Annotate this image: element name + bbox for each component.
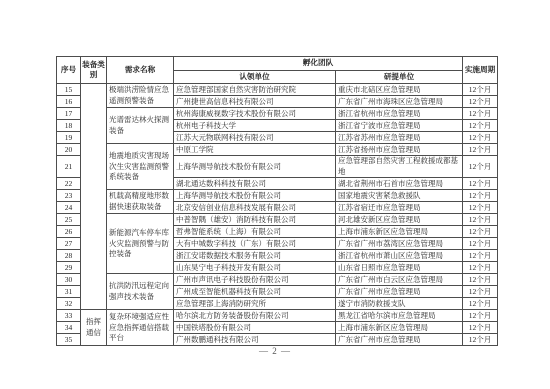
- period-cell: 12个月: [463, 132, 498, 144]
- header-category: 装备类别: [81, 57, 107, 84]
- period-cell: 12个月: [463, 96, 498, 108]
- research-unit-cell: 河北雄安新区应急管理局: [336, 214, 463, 226]
- header-demand-name: 需求名称: [107, 57, 174, 84]
- row-number: 23: [57, 190, 81, 202]
- table-row: 33指挥通信复杂环境强适应性应急指挥通信搭载平台哈尔滨北方防务装备股份有限公司黑…: [57, 310, 498, 322]
- research-unit-cell: 山东省日照市应急管理局: [336, 262, 463, 274]
- row-number: 35: [57, 334, 81, 346]
- demand-name-cell: 光谱雷达林火探测装备: [107, 108, 174, 144]
- research-unit-cell: 遂宁市消防救援支队: [336, 298, 463, 310]
- research-unit-cell: 江苏省扬州市应急管理局: [336, 144, 463, 156]
- claim-unit-cell: 广州捷世高信息科技有限公司: [174, 96, 336, 108]
- period-cell: 12个月: [463, 108, 498, 120]
- claim-unit-cell: 中普智隅（雄安）消防科技有限公司: [174, 214, 336, 226]
- header-incubation-team: 孵化团队: [174, 57, 463, 71]
- research-unit-cell: 应急管理部自然灾害工程救援成都基地: [336, 156, 463, 178]
- period-cell: 12个月: [463, 202, 498, 214]
- table-row: 20地震地质灾害现场次生灾害监测预警系统装备中原工学院江苏省扬州市应急管理局12…: [57, 144, 498, 156]
- research-unit-cell: 广东省广州市应急管理局: [336, 286, 463, 298]
- period-cell: 12个月: [463, 322, 498, 334]
- claim-unit-cell: 中国铁塔股份有限公司: [174, 322, 336, 334]
- demand-name-cell: 抗洪防汛远程定向强声技术装备: [107, 274, 174, 310]
- demand-name-cell: 复杂环境强适应性应急指挥通信搭载平台: [107, 310, 174, 346]
- research-unit-cell: 上海市浦东新区应急管理局: [336, 226, 463, 238]
- claim-unit-cell: 北京安信创业信息科技发展有限公司: [174, 202, 336, 214]
- claim-unit-cell: 哲弗智能系统（上海）有限公司: [174, 226, 336, 238]
- claim-unit-cell: 广州成至智能机器科技有限公司: [174, 286, 336, 298]
- period-cell: 12个月: [463, 262, 498, 274]
- period-cell: 12个月: [463, 334, 498, 346]
- research-unit-cell: 广东省广州市海珠区应急管理局: [336, 96, 463, 108]
- period-cell: 12个月: [463, 178, 498, 190]
- page-number: — 2 —: [0, 346, 550, 356]
- period-cell: 12个月: [463, 250, 498, 262]
- period-cell: 12个月: [463, 238, 498, 250]
- header-period: 实施周期: [463, 57, 498, 84]
- demand-name-cell: 机载高精度地形数据快速获取装备: [107, 190, 174, 214]
- claim-unit-cell: 中原工学院: [174, 144, 336, 156]
- period-cell: 12个月: [463, 274, 498, 286]
- research-unit-cell: 江苏省苏州市应急管理局: [336, 132, 463, 144]
- claim-unit-cell: 江苏大元物联网科技有限公司: [174, 132, 336, 144]
- research-unit-cell: 广东省广州市白云区应急管理局: [336, 274, 463, 286]
- table-row: 23机载高精度地形数据快速获取装备上海华测导航技术股份有限公司国家地震灾害紧急救…: [57, 190, 498, 202]
- claim-unit-cell: 广州数鹏通科技有限公司: [174, 334, 336, 346]
- row-number: 24: [57, 202, 81, 214]
- claim-unit-cell: 广州市声讯电子科技股份有限公司: [174, 274, 336, 286]
- claim-unit-cell: 湖北通达数科科技有限公司: [174, 178, 336, 190]
- header-research-unit: 研提单位: [336, 70, 463, 84]
- row-number: 22: [57, 178, 81, 190]
- category-cell: [81, 84, 107, 310]
- row-number: 18: [57, 120, 81, 132]
- claim-unit-cell: 应急管理部上海消防研究所: [174, 298, 336, 310]
- row-number: 30: [57, 274, 81, 286]
- row-number: 34: [57, 322, 81, 334]
- research-unit-cell: 浙江省杭州市应急管理局: [336, 108, 463, 120]
- row-number: 33: [57, 310, 81, 322]
- research-unit-cell: 黑龙江省哈尔滨市应急管理局: [336, 310, 463, 322]
- header-no: 序号: [57, 57, 81, 84]
- demand-name-cell: 极端洪涝险情应急遥测预警装备: [107, 84, 174, 108]
- period-cell: 12个月: [463, 226, 498, 238]
- research-unit-cell: 湖北省荆州市石首市应急管理局: [336, 178, 463, 190]
- table-body: 15极端洪涝险情应急遥测预警装备应急管理部国家自然灾害防治研究院重庆市北碚区应急…: [57, 84, 498, 346]
- table-row: 30抗洪防汛远程定向强声技术装备广州市声讯电子科技股份有限公司广东省广州市白云区…: [57, 274, 498, 286]
- row-number: 16: [57, 96, 81, 108]
- claim-unit-cell: 杭州电子科技大学: [174, 120, 336, 132]
- research-unit-cell: 上海市浦东新区应急管理局: [336, 322, 463, 334]
- claim-unit-cell: 山东昊宁电子科技开发有限公司: [174, 262, 336, 274]
- period-cell: 12个月: [463, 84, 498, 96]
- row-number: 15: [57, 84, 81, 96]
- row-number: 28: [57, 250, 81, 262]
- table-header: 序号 装备类别 需求名称 孵化团队 实施周期 认领单位 研提单位: [57, 57, 498, 84]
- row-number: 29: [57, 262, 81, 274]
- demand-incubation-table: 序号 装备类别 需求名称 孵化团队 实施周期 认领单位 研提单位 15极端洪涝险…: [56, 56, 498, 346]
- period-cell: 12个月: [463, 156, 498, 178]
- table-row: 15极端洪涝险情应急遥测预警装备应急管理部国家自然灾害防治研究院重庆市北碚区应急…: [57, 84, 498, 96]
- claim-unit-cell: 上海华测导航技术股份有限公司: [174, 156, 336, 178]
- period-cell: 12个月: [463, 190, 498, 202]
- claim-unit-cell: 大有中城数字科技（广东）有限公司: [174, 238, 336, 250]
- row-number: 19: [57, 132, 81, 144]
- claim-unit-cell: 哈尔滨北方防务装备股份有限公司: [174, 310, 336, 322]
- category-cell: 指挥通信: [81, 310, 107, 346]
- research-unit-cell: 国家地震灾害紧急救援队: [336, 190, 463, 202]
- research-unit-cell: 广东省广州市应急管理局: [336, 334, 463, 346]
- table-row: 17光谱雷达林火探测装备杭州海康威视数字技术股份有限公司浙江省杭州市应急管理局1…: [57, 108, 498, 120]
- demand-name-cell: 地震地质灾害现场次生灾害监测预警系统装备: [107, 144, 174, 190]
- document-page: 序号 装备类别 需求名称 孵化团队 实施周期 认领单位 研提单位 15极端洪涝险…: [0, 0, 550, 389]
- period-cell: 12个月: [463, 214, 498, 226]
- demand-name-cell: 新能源汽车停车库火灾监测预警与防控装备: [107, 214, 174, 274]
- claim-unit-cell: 杭州海康威视数字技术股份有限公司: [174, 108, 336, 120]
- research-unit-cell: 浙江省宁波市应急管理局: [336, 120, 463, 132]
- row-number: 17: [57, 108, 81, 120]
- research-unit-cell: 江苏省宿迁市应急管理局: [336, 202, 463, 214]
- row-number: 20: [57, 144, 81, 156]
- row-number: 25: [57, 214, 81, 226]
- row-number: 26: [57, 226, 81, 238]
- claim-unit-cell: 上海华测导航技术股份有限公司: [174, 190, 336, 202]
- row-number: 21: [57, 156, 81, 178]
- row-number: 27: [57, 238, 81, 250]
- period-cell: 12个月: [463, 144, 498, 156]
- period-cell: 12个月: [463, 120, 498, 132]
- research-unit-cell: 重庆市北碚区应急管理局: [336, 84, 463, 96]
- row-number: 32: [57, 298, 81, 310]
- research-unit-cell: 广东省广州市荔湾区应急管理局: [336, 238, 463, 250]
- row-number: 31: [57, 286, 81, 298]
- period-cell: 12个月: [463, 310, 498, 322]
- claim-unit-cell: 浙江安诺数据技术服务有限公司: [174, 250, 336, 262]
- table-row: 25新能源汽车停车库火灾监测预警与防控装备中普智隅（雄安）消防科技有限公司河北雄…: [57, 214, 498, 226]
- period-cell: 12个月: [463, 298, 498, 310]
- period-cell: 12个月: [463, 286, 498, 298]
- research-unit-cell: 浙江省杭州市萧山区应急管理局: [336, 250, 463, 262]
- claim-unit-cell: 应急管理部国家自然灾害防治研究院: [174, 84, 336, 96]
- header-claim-unit: 认领单位: [174, 70, 336, 84]
